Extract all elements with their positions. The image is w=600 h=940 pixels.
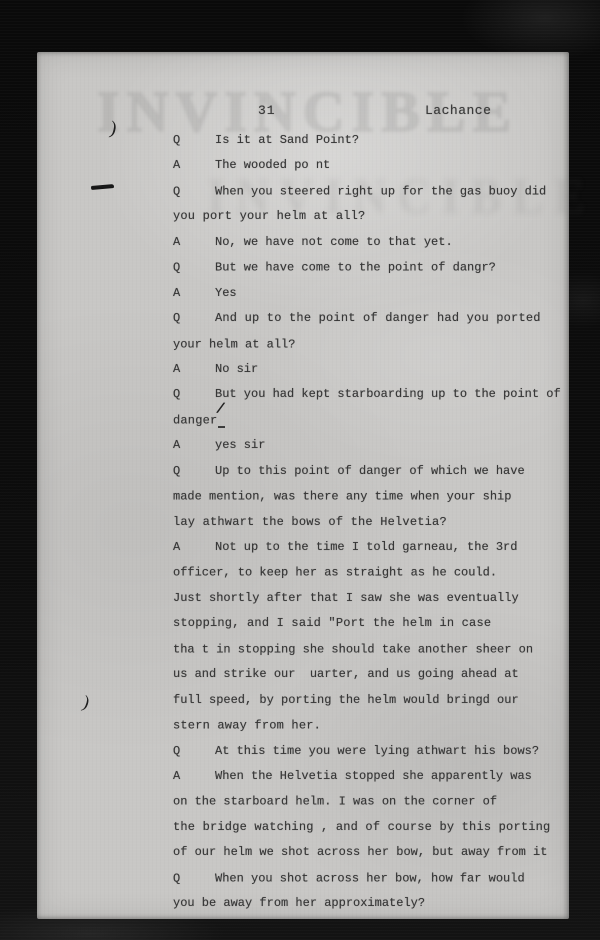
qa-line: QWhen you shot across her bow, how far w… <box>173 866 573 891</box>
qa-text: of our helm we shot across her bow, but … <box>173 845 547 859</box>
scanned-transcript-photo: { "page": { "number": "31", "witness": "… <box>0 0 600 940</box>
qa-text: When the Helvetia stopped she apparently… <box>215 769 532 783</box>
qa-marker: Q <box>173 382 215 407</box>
qa-line-continuation: of our helm we shot across her bow, but … <box>173 840 573 865</box>
qa-text: stopping, and I said "Port the helm in c… <box>173 616 491 630</box>
qa-line: QIs it at Sand Point? <box>173 128 573 153</box>
qa-text: you port your helm at all? <box>173 209 365 223</box>
handwritten-paren-mark: ) <box>108 118 119 141</box>
qa-marker: A <box>173 433 215 458</box>
qa-marker: A <box>173 281 215 306</box>
qa-text: No sir <box>215 362 258 376</box>
qa-marker: A <box>173 153 215 178</box>
qa-text: When you shot across her bow, how far wo… <box>215 871 525 885</box>
qa-text: stern away from her. <box>173 718 321 732</box>
qa-text: danger <box>173 413 217 427</box>
qa-line-continuation: stern away from her. <box>173 713 573 738</box>
qa-line-continuation: your helm at all? <box>173 332 573 357</box>
document-page: INVINCIBLE INVINCIBLE 31 Lachance QIs it… <box>37 52 569 919</box>
qa-line-continuation: on the starboard helm. I was on the corn… <box>173 790 573 815</box>
qa-marker: Q <box>173 459 215 484</box>
qa-line: AYes <box>173 281 573 306</box>
qa-text: on the starboard helm. I was on the corn… <box>173 795 497 809</box>
qa-line: QBut you had kept starboarding up to the… <box>173 382 573 407</box>
qa-line-continuation: made mention, was there any time when yo… <box>173 485 573 510</box>
qa-line: ANo, we have not come to that yet. <box>173 230 573 255</box>
photo-black-frame: INVINCIBLE INVINCIBLE 31 Lachance QIs it… <box>0 0 600 940</box>
qa-line-continuation: Just shortly after that I saw she was ev… <box>173 586 573 611</box>
qa-line-continuation: you port your helm at all? <box>173 204 573 229</box>
qa-text: us and strike our uarter, and us going a… <box>173 667 519 681</box>
qa-text: Yes <box>215 286 237 300</box>
qa-text: yes sir <box>215 438 265 452</box>
qa-text: The wooded po nt <box>215 158 330 172</box>
qa-marker: Q <box>173 739 215 764</box>
qa-text: Not up to the time I told garneau, the 3… <box>215 540 517 554</box>
qa-line-continuation: officer, to keep her as straight as he c… <box>173 561 573 586</box>
qa-line-continuation: you be away from her approximately? <box>173 891 573 916</box>
qa-line: ANot up to the time I told garneau, the … <box>173 535 573 560</box>
qa-line: QAnd up to the point of danger had you p… <box>173 306 573 331</box>
handwritten-paren-mark: ) <box>80 692 92 714</box>
page-number: 31 <box>258 103 276 118</box>
qa-text: officer, to keep her as straight as he c… <box>173 566 497 580</box>
qa-text: lay athwart the bows of the Helvetia? <box>173 515 447 529</box>
qa-line-continuation: us and strike our uarter, and us going a… <box>173 662 573 687</box>
qa-text: tha t in stopping she should take anothe… <box>173 642 533 656</box>
qa-line: QAt this time you were lying athwart his… <box>173 739 573 764</box>
qa-text: full speed, by porting the helm would br… <box>173 693 519 707</box>
qa-text: When you steered right up for the gas bu… <box>215 184 546 198</box>
qa-marker: A <box>173 357 215 382</box>
qa-line-continuation: full speed, by porting the helm would br… <box>173 688 573 713</box>
qa-marker: A <box>173 535 215 560</box>
qa-line-continuation: the bridge watching , and of course by t… <box>173 815 573 840</box>
qa-marker: Q <box>173 306 215 331</box>
qa-text: And up to the point of danger had you po… <box>215 311 541 325</box>
qa-text: No, we have not come to that yet. <box>215 235 453 249</box>
qa-marker: Q <box>173 179 215 204</box>
qa-marker: A <box>173 764 215 789</box>
qa-line: AWhen the Helvetia stopped she apparentl… <box>173 764 573 789</box>
qa-text: made mention, was there any time when yo… <box>173 490 511 504</box>
qa-text: the bridge watching , and of course by t… <box>173 820 550 834</box>
handwritten-dash-mark <box>91 184 114 189</box>
qa-text: At this time you were lying athwart his … <box>215 744 539 758</box>
qa-line-continuation: danger <box>173 408 573 433</box>
qa-text: But you had kept starboarding up to the … <box>215 387 561 401</box>
qa-marker: Q <box>173 128 215 153</box>
qa-line-continuation: tha t in stopping she should take anothe… <box>173 637 573 662</box>
qa-marker: Q <box>173 256 215 281</box>
qa-line-continuation: stopping, and I said "Port the helm in c… <box>173 611 573 636</box>
qa-line: ANo sir <box>173 357 573 382</box>
qa-text: your helm at all? <box>173 337 295 351</box>
qa-line: QUp to this point of danger of which we … <box>173 459 573 484</box>
transcript-body: QIs it at Sand Point?AThe wooded po ntQW… <box>173 128 573 917</box>
qa-text: you be away from her approximately? <box>173 896 425 910</box>
qa-line: QWhen you steered right up for the gas b… <box>173 179 573 204</box>
qa-marker: A <box>173 230 215 255</box>
qa-line: QBut we have come to the point of dangr? <box>173 256 573 281</box>
qa-text: Up to this point of danger of which we h… <box>215 464 525 478</box>
qa-text: Just shortly after that I saw she was ev… <box>173 591 519 605</box>
qa-line: AThe wooded po nt <box>173 153 573 178</box>
qa-line-continuation: lay athwart the bows of the Helvetia? <box>173 510 573 535</box>
witness-name: Lachance <box>425 103 491 118</box>
qa-marker: Q <box>173 866 215 891</box>
handwritten-underscore-mark <box>218 426 225 428</box>
qa-text: But we have come to the point of dangr? <box>215 261 496 275</box>
qa-line: Ayes sir <box>173 433 573 458</box>
qa-text: Is it at Sand Point? <box>215 133 359 147</box>
